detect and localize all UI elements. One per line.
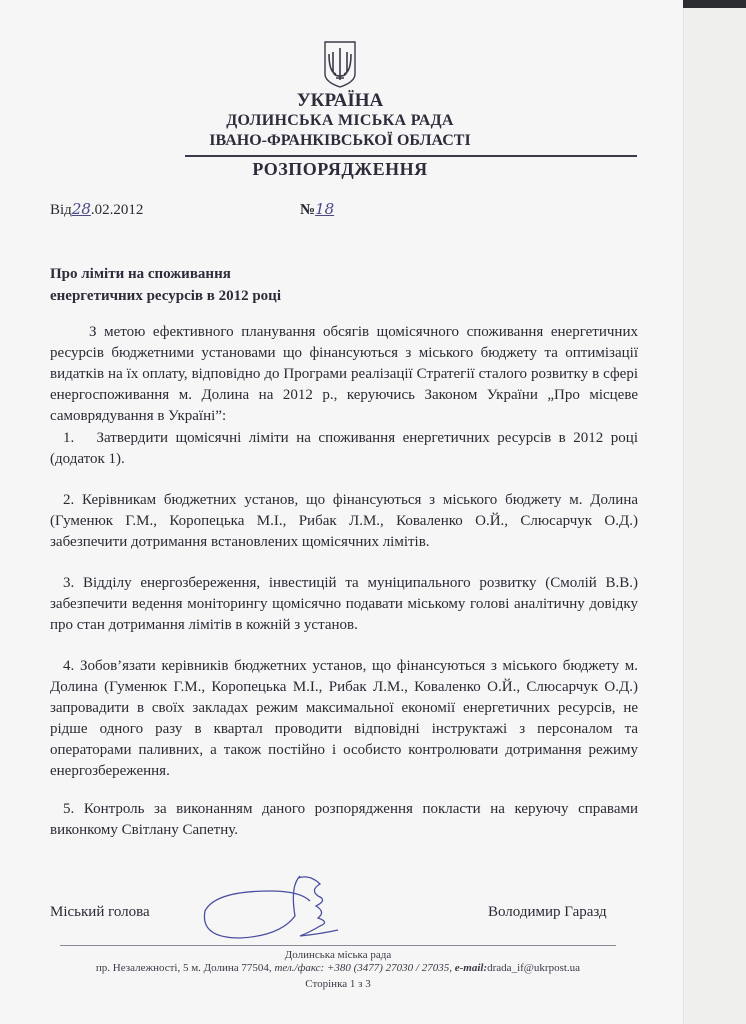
clause-text: Зобов’язати керівників бюджетних установ… — [50, 658, 638, 779]
clause-1: 1. Затвердити щомісячні ліміти на спожив… — [50, 428, 638, 470]
clause-text: Затвердити щомісячні ліміти на споживанн… — [50, 430, 638, 467]
region-heading: ІВАНО-ФРАНКІВСЬКОЇ ОБЛАСТІ — [150, 132, 530, 150]
date-day-handwritten: 28 — [72, 200, 91, 218]
clause-text: Керівникам бюджетних установ, що фінансу… — [50, 492, 638, 550]
title-line-1: Про ліміти на споживання — [50, 263, 281, 285]
intro-paragraph: З метою ефективного планування обсягів щ… — [50, 322, 638, 427]
council-heading: ДОЛИНСЬКА МІСЬКА РАДА — [150, 112, 530, 130]
clause-number: 5. — [63, 801, 74, 817]
clause-number: 1. — [50, 428, 89, 449]
clause-3: 3. Відділу енергозбереження, інвестицій … — [50, 573, 638, 636]
footer-email: drada_if@ukrpost.ua — [487, 962, 580, 974]
footer-phone-label: тел./факс: — [274, 962, 324, 974]
number-handwritten: 18 — [315, 200, 334, 218]
signatory-name: Володимир Гаразд — [488, 904, 607, 921]
document-number: №18 — [300, 200, 334, 219]
document-date: Від28.02.2012 — [50, 200, 143, 219]
clause-number: 2. — [63, 492, 74, 508]
signatory-title: Міський голова — [50, 904, 150, 921]
date-rest: .02.2012 — [91, 202, 144, 218]
footer-address: пр. Незалежності, 5 м. Долина 77504, — [96, 962, 275, 974]
date-prefix: Від — [50, 202, 72, 218]
document-type-heading: РОЗПОРЯДЖЕННЯ — [150, 159, 530, 180]
clause-text: Відділу енергозбереження, інвестицій та … — [50, 575, 638, 633]
clause-text: Контроль за виконанням даного розпорядже… — [50, 801, 638, 838]
clause-5: 5. Контроль за виконанням даного розпоря… — [50, 799, 638, 841]
footer-organization: Долинська міська рада — [60, 949, 616, 961]
clause-4: 4. Зобов’язати керівників бюджетних уста… — [50, 656, 638, 782]
country-heading: УКРАЇНА — [150, 90, 530, 112]
clause-2: 2. Керівникам бюджетних установ, що фіна… — [50, 490, 638, 553]
underlying-page-edge — [683, 8, 746, 1024]
footer-divider — [60, 945, 616, 946]
document-title: Про ліміти на споживання енергетичних ре… — [50, 263, 281, 307]
handwritten-signature-icon — [160, 866, 390, 946]
clause-number: 3. — [63, 575, 74, 591]
footer-contacts: пр. Незалежності, 5 м. Долина 77504, тел… — [60, 962, 616, 974]
page-indicator: Сторінка 1 з 3 — [60, 978, 616, 990]
footer-email-label: e-mail: — [455, 962, 487, 974]
scan-edge-shadow — [683, 0, 746, 8]
clause-number: 4. — [63, 658, 74, 674]
trident-coat-of-arms-icon — [323, 40, 357, 88]
title-line-2: енергетичних ресурсів в 2012 році — [50, 285, 281, 307]
number-prefix: № — [300, 202, 315, 218]
footer-phone: +380 (3477) 27030 / 27035, — [324, 962, 455, 974]
header-divider — [185, 155, 637, 157]
